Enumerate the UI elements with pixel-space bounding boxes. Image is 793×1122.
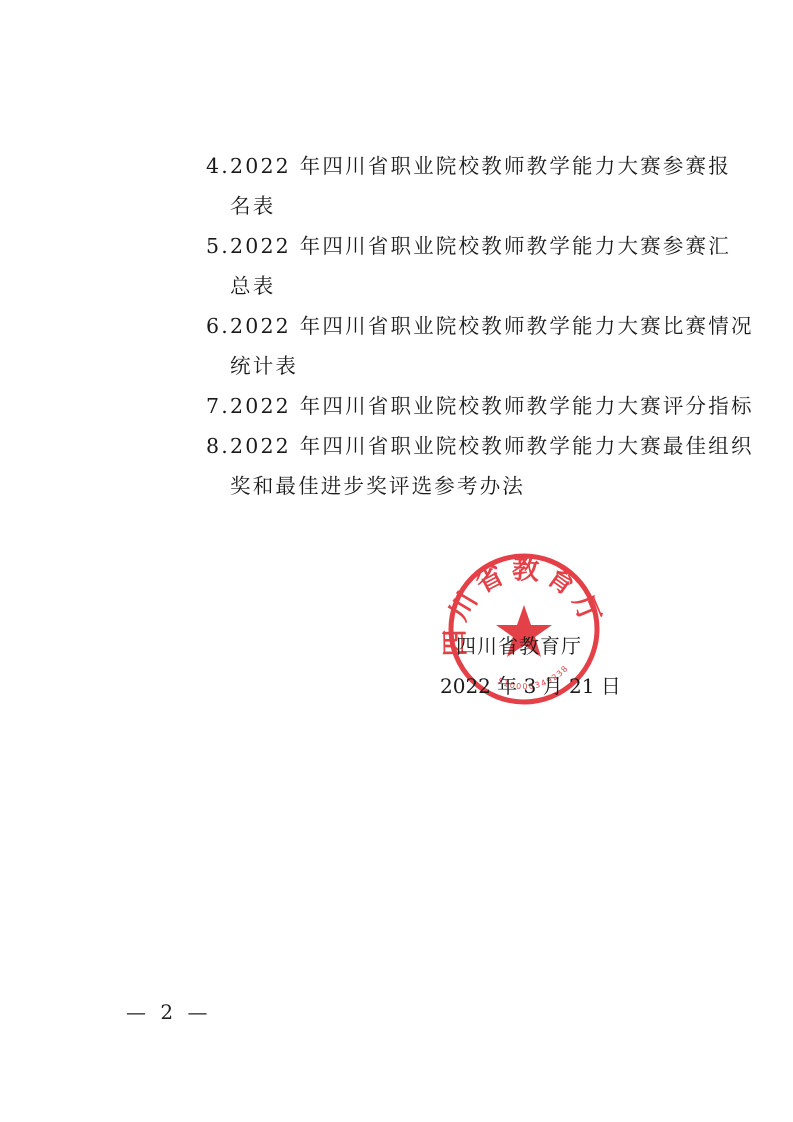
attachment-item-6: 6.2022 年四川省职业院校教师教学能力大赛比赛情况 统计表 <box>206 306 706 386</box>
attachment-title: 6.2022 年四川省职业院校教师教学能力大赛比赛情况 <box>206 314 754 338</box>
attachment-title-continued: 总表 <box>206 266 706 306</box>
issuing-organization: 四川省教育厅 <box>456 630 582 659</box>
attachment-title-continued: 统计表 <box>206 346 706 386</box>
attachment-title-continued: 名表 <box>206 186 706 226</box>
attachment-item-8: 8.2022 年四川省职业院校教师教学能力大赛最佳组织 奖和最佳进步奖评选参考办… <box>206 426 706 506</box>
attachment-item-4: 4.2022 年四川省职业院校教师教学能力大赛参赛报 名表 <box>206 146 706 226</box>
attachment-title: 4.2022 年四川省职业院校教师教学能力大赛参赛报 <box>206 154 731 178</box>
attachment-item-7: 7.2022 年四川省职业院校教师教学能力大赛评分指标 <box>206 386 706 426</box>
attachment-title: 8.2022 年四川省职业院校教师教学能力大赛最佳组织 <box>206 434 754 458</box>
attachment-title: 7.2022 年四川省职业院校教师教学能力大赛评分指标 <box>206 394 754 418</box>
attachment-title-continued: 奖和最佳进步奖评选参考办法 <box>206 466 706 506</box>
attachment-title: 5.2022 年四川省职业院校教师教学能力大赛参赛汇 <box>206 234 731 258</box>
attachment-list: 4.2022 年四川省职业院校教师教学能力大赛参赛报 名表 5.2022 年四川… <box>206 146 706 506</box>
page-number: — 2 — <box>126 1000 211 1024</box>
attachment-item-5: 5.2022 年四川省职业院校教师教学能力大赛参赛汇 总表 <box>206 226 706 306</box>
issue-date: 2022 年 3 月 21 日 <box>440 670 621 699</box>
